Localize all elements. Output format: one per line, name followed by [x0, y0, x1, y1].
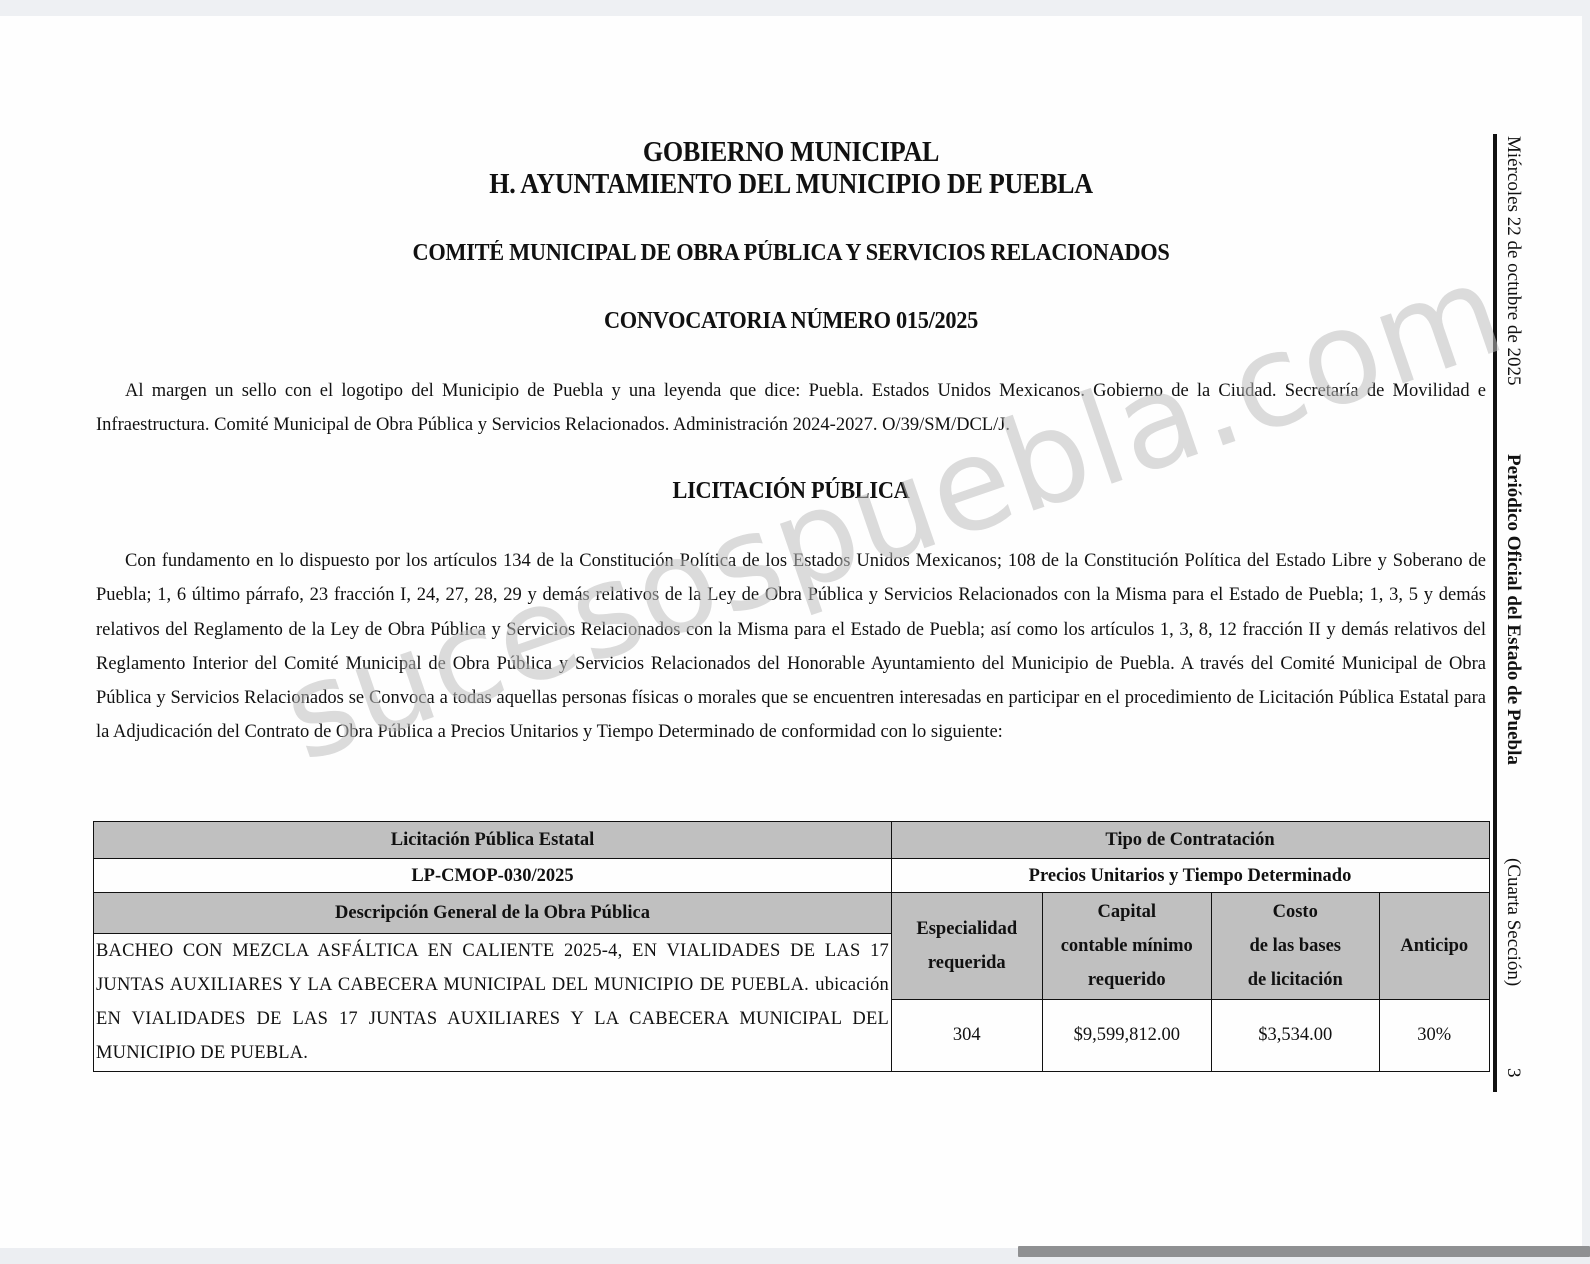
publication-title: Periódico Oficial del Estado de Puebla [1502, 454, 1524, 765]
licitacion-header: Licitación Pública Estatal [391, 823, 595, 857]
capital-value-cell: $9,599,812.00 [1042, 999, 1213, 1072]
costo-value: $3,534.00 [1258, 1018, 1332, 1052]
capital-value: $9,599,812.00 [1074, 1018, 1180, 1052]
header-ayuntamiento: H. AYUNTAMIENTO DEL MUNICIPIO DE PUEBLA [55, 168, 1526, 202]
tipo-value: Precios Unitarios y Tiempo Determinado [1029, 859, 1352, 893]
tipo-header: Tipo de Contratación [1105, 823, 1274, 857]
especialidad-value-cell: 304 [891, 999, 1044, 1072]
descripcion-header: Descripción General de la Obra Pública [335, 896, 650, 930]
header-government: GOBIERNO MUNICIPAL [55, 136, 1526, 170]
capital-header-line: contable mínimo [1061, 929, 1193, 963]
tipo-value-cell: Precios Unitarios y Tiempo Determinado [891, 858, 1490, 894]
capital-header-line: Capital [1097, 895, 1156, 929]
licitacion-header-cell: Licitación Pública Estatal [93, 821, 892, 859]
anticipo-header-cell: Anticipo [1379, 892, 1491, 1000]
publication-date: Miércoles 22 de octubre de 2025 [1502, 136, 1524, 386]
especialidad-header-line: requerida [928, 946, 1006, 980]
costo-header-line: de las bases [1250, 929, 1342, 963]
descripcion-value-cell: BACHEO CON MEZCLA ASFÁLTICA EN CALIENTE … [93, 933, 892, 1072]
header-committee: COMITÉ MUNICIPAL DE OBRA PÚBLICA Y SERVI… [55, 238, 1526, 268]
licitacion-value: LP-CMOP-030/2025 [411, 859, 573, 893]
costo-header-line: Costo [1273, 895, 1318, 929]
document-page: GOBIERNO MUNICIPAL H. AYUNTAMIENTO DEL M… [0, 16, 1582, 1248]
section-title: LICITACIÓN PÚBLICA [55, 476, 1526, 506]
body-paragraph: Con fundamento en lo dispuesto por los a… [96, 544, 1486, 750]
costo-value-cell: $3,534.00 [1211, 999, 1381, 1072]
descripcion-value: BACHEO CON MEZCLA ASFÁLTICA EN CALIENTE … [94, 934, 891, 1070]
sidebar-rule [1493, 134, 1497, 1092]
intro-paragraph: Al margen un sello con el logotipo del M… [96, 374, 1486, 443]
anticipo-value: 30% [1417, 1018, 1451, 1052]
costo-header-line: de licitación [1248, 963, 1343, 997]
especialidad-header-line: Especialidad [916, 912, 1017, 946]
especialidad-value: 304 [953, 1018, 981, 1052]
costo-header-cell: Costode las basesde licitación [1211, 892, 1381, 1000]
anticipo-value-cell: 30% [1379, 999, 1491, 1072]
capital-header-line: requerido [1088, 963, 1166, 997]
tipo-header-cell: Tipo de Contratación [891, 821, 1490, 859]
horizontal-scrollbar-thumb[interactable] [1018, 1246, 1590, 1257]
capital-header-cell: Capitalcontable mínimorequerido [1042, 892, 1213, 1000]
publication-section: (Cuarta Sección) [1502, 858, 1524, 986]
licitacion-value-cell: LP-CMOP-030/2025 [93, 858, 892, 894]
anticipo-header-line: Anticipo [1400, 929, 1468, 963]
page-number: 3 [1502, 1068, 1524, 1078]
convocatoria-number: CONVOCATORIA NÚMERO 015/2025 [55, 306, 1526, 336]
especialidad-header-cell: Especialidadrequerida [891, 892, 1044, 1000]
descripcion-header-cell: Descripción General de la Obra Pública [93, 892, 892, 934]
